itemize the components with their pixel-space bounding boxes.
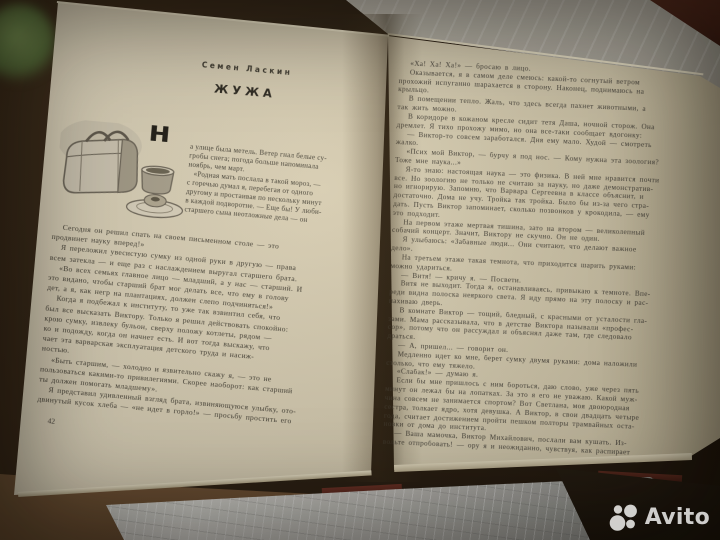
book-photo: Семен Ласкин ЖУЖА Н а улице была метель.…	[0, 0, 720, 540]
avito-watermark: Avito	[608, 503, 710, 532]
avito-watermark-text: Avito	[645, 505, 710, 530]
page-number: 42	[47, 416, 55, 426]
avito-logo-icon	[608, 503, 640, 532]
right-page-content: «Ха! Ха! Ха!» — бросаю в лицо. Оказывает…	[380, 48, 716, 471]
illustration-bag-pot-saucer	[53, 118, 201, 230]
left-page-content: Семен Ласкин ЖУЖА Н а улице была метель.…	[0, 26, 391, 537]
drop-cap-letter: Н	[148, 124, 170, 147]
left-page-text: Сегодня он решил спать на своем письменн…	[37, 222, 370, 433]
right-page-text: «Ха! Ха! Ха!» — бросаю в лицо. Оказывает…	[383, 60, 716, 461]
gutter-shadow	[342, 14, 422, 482]
